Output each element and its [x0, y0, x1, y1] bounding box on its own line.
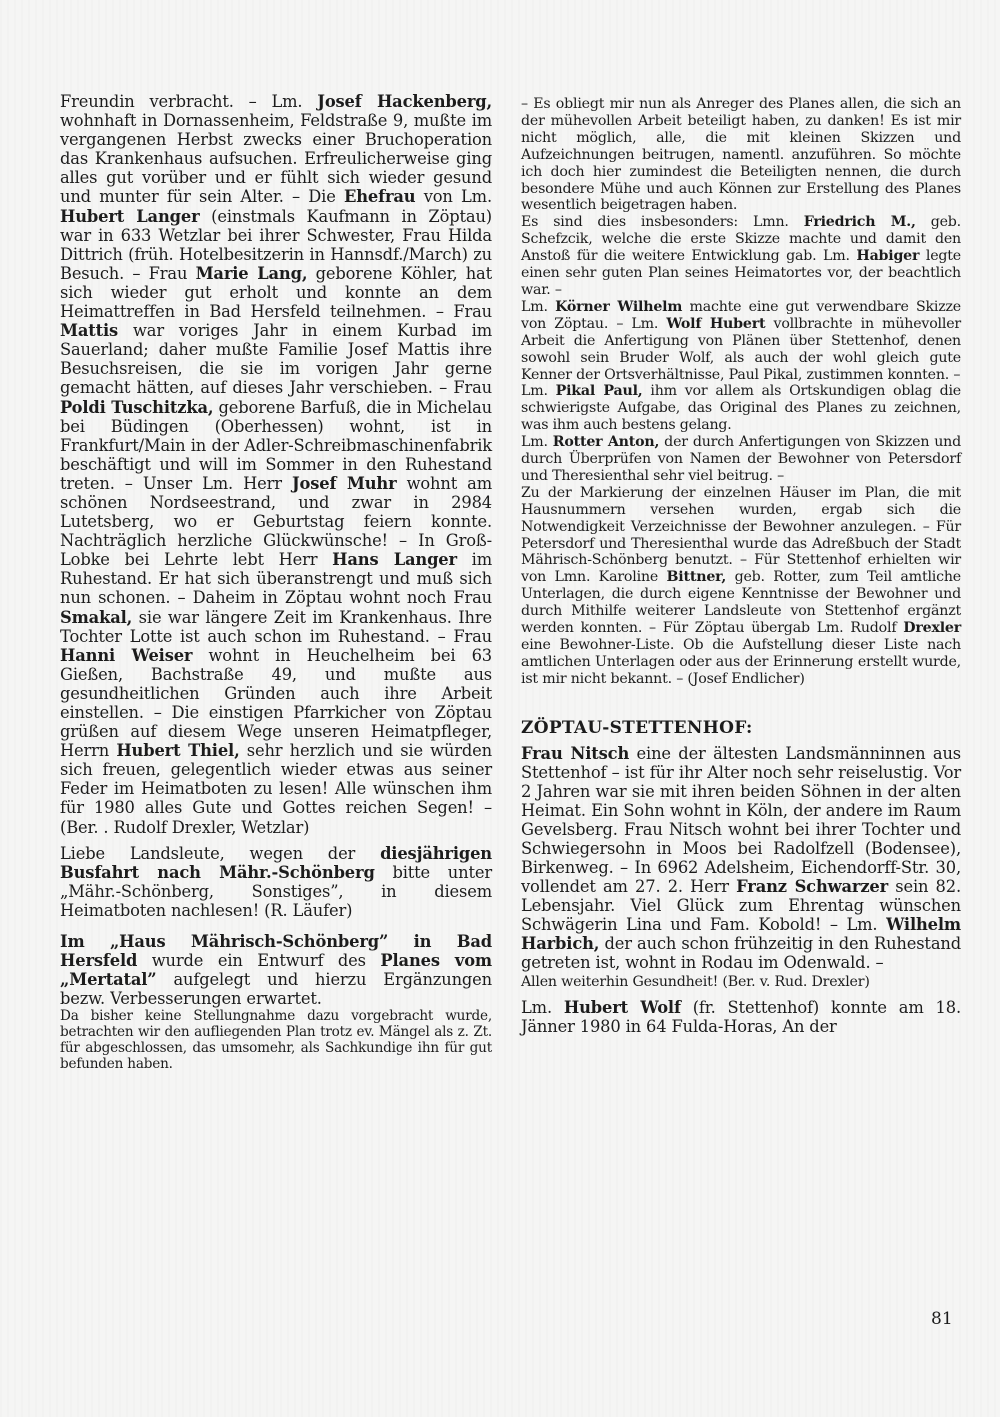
bold-name: Hans Langer [332, 550, 457, 569]
bold-name: Smakal, [60, 608, 132, 627]
bold-name: Josef Muhr [292, 474, 397, 493]
bold-name: diesjährigen Busfahrt nach Mähr.-Schönbe… [60, 844, 492, 882]
bold-name: Pikal Paul, [556, 383, 643, 399]
left-column: Freundin verbracht. – Lm. Josef Hackenbe… [60, 92, 492, 1072]
paragraph-contributors-1: Es sind dies insbesonders: Lmn. Friedric… [521, 214, 961, 299]
paragraph-hubert-wolf: Lm. Hubert Wolf (fr. Stettenhof) konnte … [521, 998, 961, 1036]
right-column: – Es obliegt mir nun als Anreger des Pla… [521, 96, 961, 1036]
bold-name: Hanni Weiser [60, 646, 192, 665]
bold-name: Wilhelm Harbich, [521, 915, 961, 953]
paragraph-contributors-4: Lm. Rotter Anton, der durch Anfertigunge… [521, 434, 961, 485]
bold-name: Frau Nitsch [521, 744, 629, 763]
bold-name: Poldi Tuschitzka, [60, 398, 213, 417]
bold-name: Körner Wilhelm [555, 299, 682, 315]
bold-name: Friedrich M., [804, 214, 916, 230]
bold-name: Marie Lang, [196, 264, 308, 283]
bold-name: Hubert Wolf [564, 998, 681, 1017]
bold-name: Habiger [856, 248, 919, 264]
paragraph-bus-trip: Liebe Landsleute, wegen der diesjährigen… [60, 844, 492, 920]
page-number: 81 [931, 1309, 953, 1329]
paragraph-plan-mertatal: Im „Haus Mährisch-Schönberg” in Bad Hers… [60, 932, 492, 1008]
bold-name: Ehefrau [344, 187, 416, 206]
paragraph-residents-lists: Zu der Markierung der einzelnen Häuser i… [521, 485, 961, 688]
paragraph-plan-note: Da bisher keine Stellungnahme dazu vorge… [60, 1008, 492, 1072]
bold-name: Josef Hackenberg, [317, 92, 492, 111]
document-page: Freundin verbracht. – Lm. Josef Hackenbe… [0, 0, 1000, 1417]
section-heading-zoeptau-stettenhof: ZÖPTAU-STETTENHOF: [521, 718, 961, 738]
bold-name: Mattis [60, 321, 118, 340]
paragraph-contributors-2: Lm. Körner Wilhelm machte eine gut verwe… [521, 299, 961, 384]
bold-name: Hubert Langer [60, 207, 200, 226]
bold-name: Hubert Thiel, [116, 741, 239, 760]
bold-name: Franz Schwarzer [736, 877, 888, 896]
bold-name: Wolf Hubert [666, 316, 765, 332]
bold-name: Bittner, [667, 569, 727, 585]
paragraph-closing-wishes: Allen weiterhin Gesundheit! (Ber. v. Rud… [521, 974, 961, 991]
paragraph-personal-news: Freundin verbracht. – Lm. Josef Hackenbe… [60, 92, 492, 837]
bold-name: Rotter Anton, [553, 434, 659, 450]
paragraph-stettenhof-news: Frau Nitsch eine der ältesten Landsmänni… [521, 744, 961, 972]
bold-name: Drexler [903, 620, 961, 636]
paragraph-contributors-3: Lm. Pikal Paul, ihm vor allem als Ortsku… [521, 383, 961, 434]
paragraph-thanks: – Es obliegt mir nun als Anreger des Pla… [521, 96, 961, 214]
